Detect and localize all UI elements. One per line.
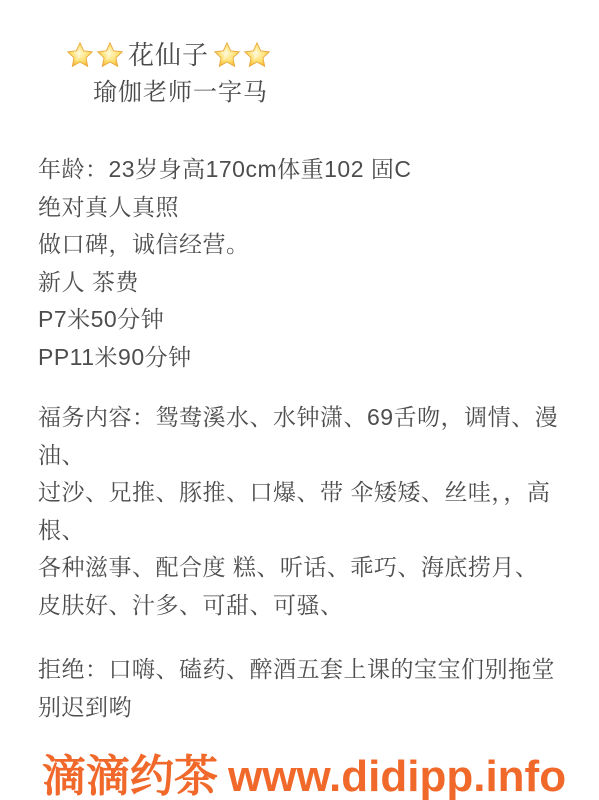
refusal-line: 别迟到哟 xyxy=(38,689,569,727)
services-line: 福务内容：鸳鸯溪水、水钟潇、69舌吻，调情、漫油、 xyxy=(38,399,569,474)
glowing-star-icon xyxy=(213,41,241,69)
profile-line: 新人 茶费 xyxy=(38,264,569,302)
profile-line: 年龄：23岁身高170cm体重102 固C xyxy=(38,151,569,189)
profile-line: PP11米90分钟 xyxy=(38,339,569,377)
profile-line: 做口碑，诚信经营。 xyxy=(38,226,569,264)
refusal-line: 拒绝：口嗨、磕药、醉酒五套上课的宝宝们别拖堂 xyxy=(38,651,569,689)
page-subtitle: 瑜伽老师一字马 xyxy=(38,79,569,107)
footer-watermark: 滴滴约茶www.didipp.info xyxy=(42,740,566,800)
profile-line: P7米50分钟 xyxy=(38,301,569,339)
profile-line: 绝对真人真照 xyxy=(38,189,569,227)
services-line: 皮肤好、汁多、可甜、可骚、 xyxy=(38,587,569,625)
footer-url: www.didipp.info xyxy=(228,752,566,800)
services-line: 过沙、兄推、豚推、口爆、带 伞矮矮、丝哇，，高根、 xyxy=(38,474,569,549)
profile-section: 年龄：23岁身高170cm体重102 固C 绝对真人真照 做口碑，诚信经营。 新… xyxy=(38,151,569,376)
title-text: 花仙子 xyxy=(128,40,209,70)
glowing-star-icon xyxy=(243,41,271,69)
ad-page: 花仙子 瑜伽老师一字马 年龄：23岁身高170cm体重102 固C xyxy=(0,0,599,800)
page-title: 花仙子 xyxy=(38,40,569,70)
footer-brand: 滴滴约茶 xyxy=(42,752,218,800)
header: 花仙子 瑜伽老师一字马 xyxy=(38,0,569,107)
glowing-star-icon xyxy=(66,41,94,69)
services-line: 各种滋事、配合度 糕、听话、乖巧、海底捞月、 xyxy=(38,549,569,587)
refusal-section: 拒绝：口嗨、磕药、醉酒五套上课的宝宝们别拖堂 别迟到哟 xyxy=(38,651,569,726)
glowing-star-icon xyxy=(96,41,124,69)
services-section: 福务内容：鸳鸯溪水、水钟潇、69舌吻，调情、漫油、 过沙、兄推、豚推、口爆、带 … xyxy=(38,399,569,624)
